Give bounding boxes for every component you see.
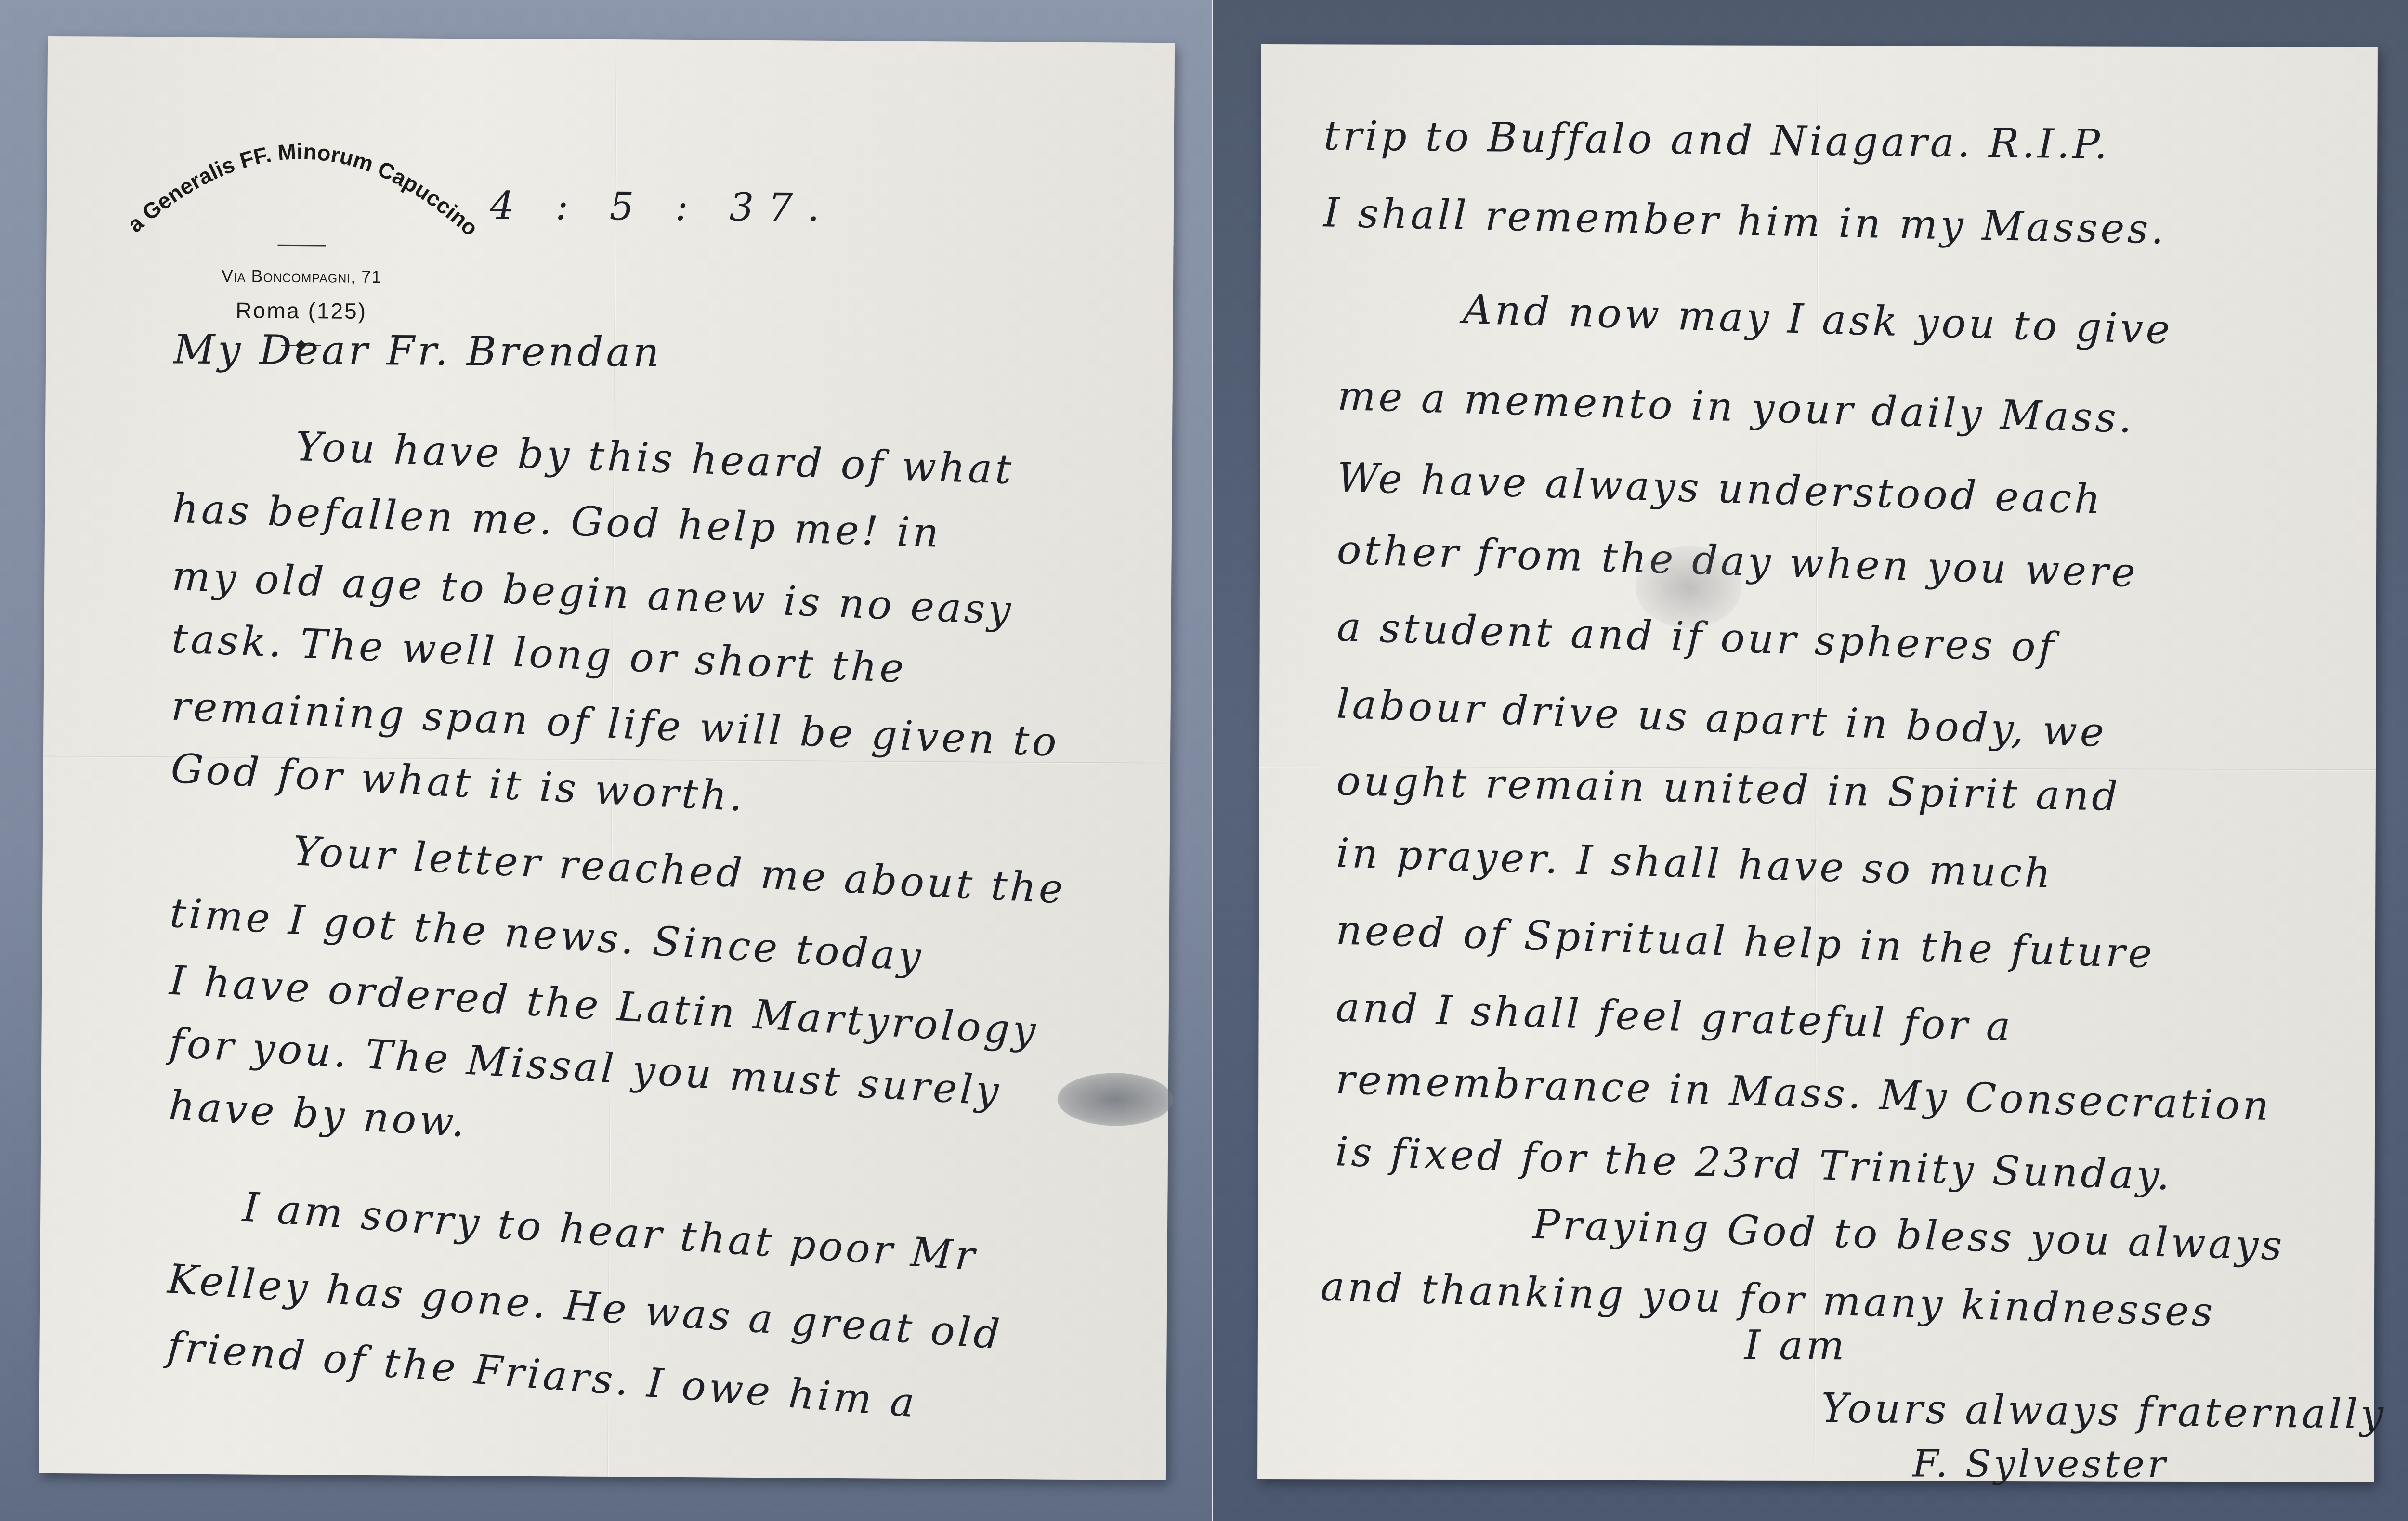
photo-page-1: Curia Generalis FF. Minorum Capuccinorum… [0, 0, 1213, 1521]
letter-date: 4 : 5 : 37. [490, 183, 834, 230]
body-line: I am [1744, 1322, 1847, 1369]
body-line: and I shall feel grateful for a [1335, 983, 2014, 1050]
body-line: have by now. [168, 1082, 469, 1146]
body-line: God for what it is worth. [170, 745, 746, 820]
letter-page-1: Curia Generalis FF. Minorum Capuccinorum… [39, 36, 1175, 1480]
letterhead: Curia Generalis FF. Minorum Capuccinorum… [119, 128, 485, 130]
body-line: need of Spiritual help in the future [1335, 906, 2156, 977]
ink-blot [1057, 1073, 1173, 1126]
ink-smudge [1636, 546, 1741, 628]
body-line: Praying God to bless you always [1532, 1200, 2286, 1269]
signature: F. Sylvester [1912, 1443, 2168, 1486]
vertical-fold [607, 39, 617, 1477]
body-line: You have by this heard of what [295, 423, 1015, 493]
body-line: remembrance in Mass. My Consecration [1335, 1055, 2272, 1130]
letter-page-2: trip to Buffalo and Niagara. R.I.P. I sh… [1257, 44, 2378, 1482]
photo-page-2: trip to Buffalo and Niagara. R.I.P. I sh… [1213, 0, 2408, 1521]
letterhead-address: Via Boncompagni, 71 [118, 265, 484, 288]
body-line: ought remain united in Spirit and [1336, 757, 2121, 820]
body-line: We have always understood each [1336, 454, 2104, 523]
letterhead-rule [277, 245, 326, 247]
body-line: has befallen me. God help me! in [172, 485, 942, 557]
salutation: My Dear Fr. Brendan [173, 325, 662, 376]
body-line: labour drive us apart in body, we [1335, 680, 2107, 756]
letterhead-arc-title: Curia Generalis FF. Minorum Capuccinorum [119, 128, 485, 241]
body-line: me a memento in your daily Mass. [1337, 372, 2135, 442]
letterhead-organization: Curia Generalis FF. Minorum Capuccinorum [119, 128, 484, 241]
body-line: task. The well long or short the [170, 615, 907, 692]
body-line: is fixed for the 23rd Trinity Sunday. [1335, 1128, 2173, 1199]
body-line: I shall remember him in my Masses. [1323, 189, 2167, 253]
body-line: Your letter reached me about the [292, 827, 1067, 913]
closing: Yours always fraternally [1821, 1384, 2386, 1438]
vertical-fold [1814, 46, 1819, 1481]
body-line: in prayer. I shall have so much [1335, 829, 2054, 897]
letterhead-city: Roma (125) [118, 297, 484, 325]
body-line: trip to Buffalo and Niagara. R.I.P. [1323, 112, 2110, 168]
